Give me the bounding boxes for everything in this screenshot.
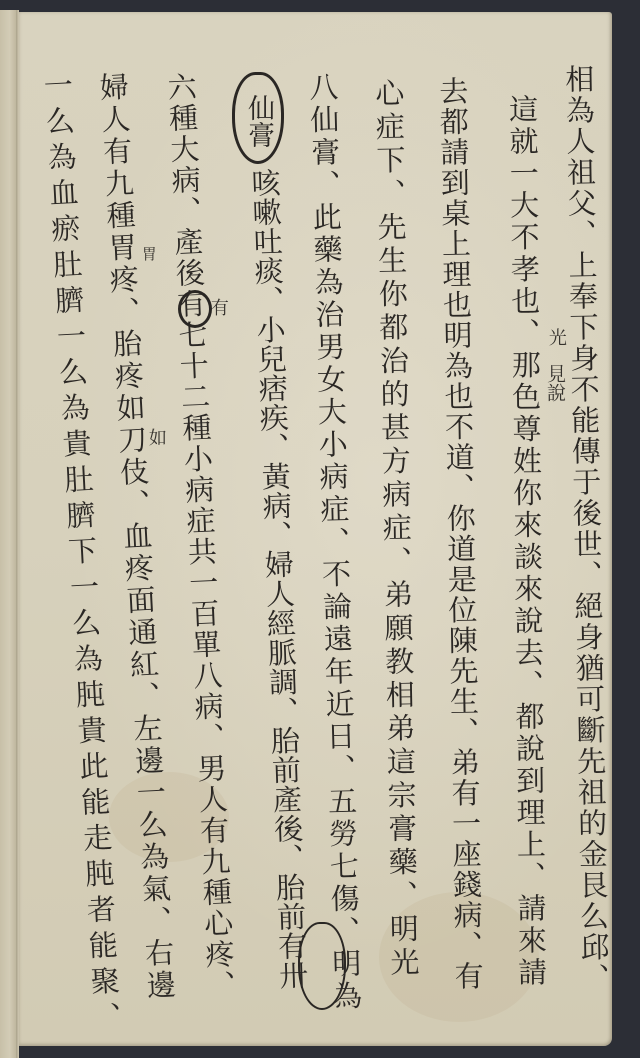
ink-circle-correction [178, 290, 212, 328]
annotation-correction: 如 [146, 428, 165, 446]
annotation-correction: 胃 [140, 246, 156, 261]
ink-circle-correction [298, 922, 346, 1010]
margin-label: 仙膏 [240, 86, 276, 156]
facing-page-edge [0, 10, 16, 1058]
annotation-correction: 見說 [544, 364, 564, 402]
annotation-correction: 光 [546, 328, 565, 346]
annotation-correction: 有 [208, 298, 227, 316]
